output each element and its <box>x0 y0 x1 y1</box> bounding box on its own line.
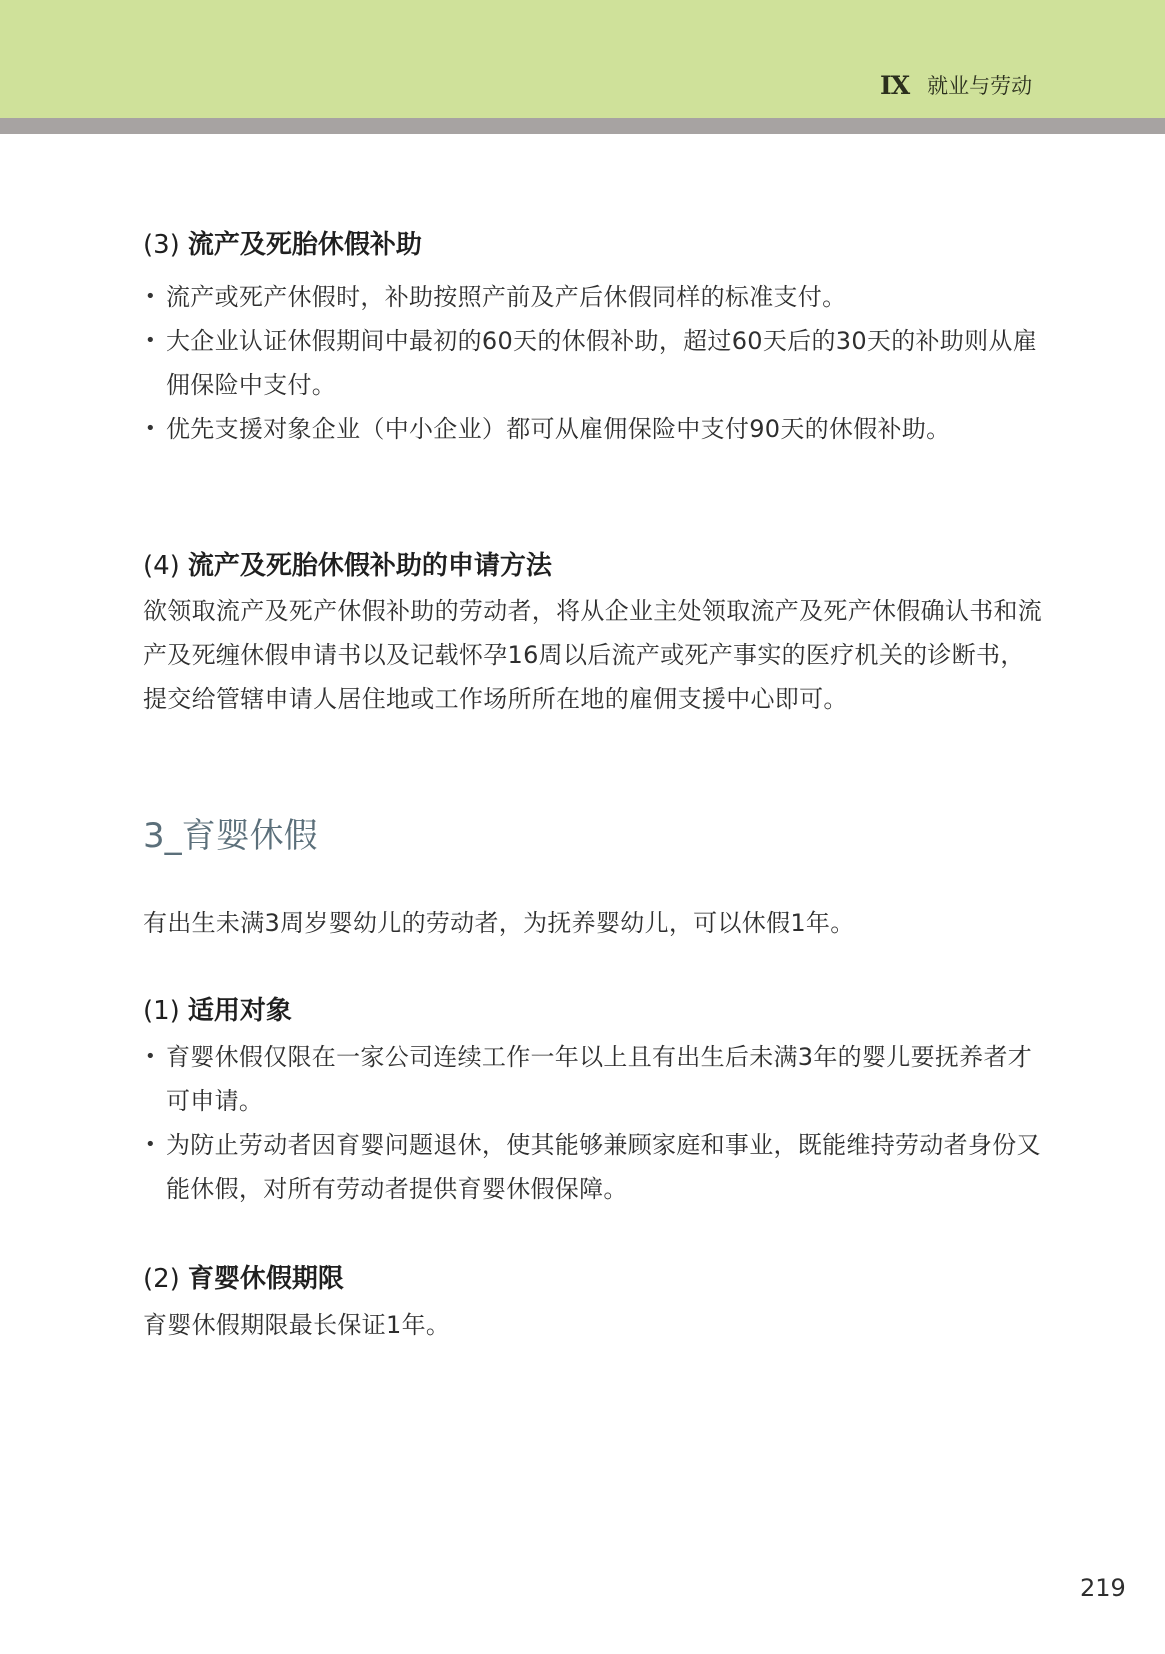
running-head: IX 就业与劳动 <box>880 70 1032 100</box>
section-title: 3_育婴休假 <box>143 816 1043 856</box>
paragraph-2: 育婴休假期限最长保证1年。 <box>143 1303 1043 1347</box>
list-item: •育婴休假仅限在一家公司连续工作一年以上且有出生后未满3年的婴儿要抚养者才可申请… <box>143 1035 1043 1123</box>
header-band <box>0 0 1165 118</box>
subheading-title: 流产及死胎休假补助的申请方法 <box>188 551 552 581</box>
subheading-title: 流产及死胎休假补助 <box>188 230 422 260</box>
list-item: •大企业认证休假期间中最初的60天的休假补助，超过60天后的30天的补助则从雇佣… <box>143 319 1043 407</box>
bullet-list-1: •育婴休假仅限在一家公司连续工作一年以上且有出生后未满3年的婴儿要抚养者才可申请… <box>143 1035 1043 1211</box>
bullet-icon: • <box>145 1035 156 1079</box>
subheading-number: (3) <box>143 230 180 260</box>
bullet-icon: • <box>145 1123 156 1167</box>
paragraph-4: 欲领取流产及死产休假补助的劳动者，将从企业主处领取流产及死产休假确认书和流产及死… <box>143 589 1043 721</box>
chapter-number: IX <box>880 71 909 100</box>
subheading-title: 育婴休假期限 <box>188 1264 344 1294</box>
subheading-2: (2)育婴休假期限 <box>143 1264 1043 1294</box>
subheading-number: (2) <box>143 1264 180 1294</box>
chapter-title: 就业与劳动 <box>927 70 1032 100</box>
list-item: •流产或死产休假时，补助按照产前及产后休假同样的标准支付。 <box>143 275 1043 319</box>
subheading-number: (1) <box>143 996 180 1026</box>
subheading-4: (4)流产及死胎休假补助的申请方法 <box>143 551 1043 581</box>
list-item: •为防止劳动者因育婴问题退休，使其能够兼顾家庭和事业，既能维持劳动者身份又能休假… <box>143 1123 1043 1211</box>
subheading-3: (3)流产及死胎休假补助 <box>143 230 1043 260</box>
bullet-icon: • <box>145 319 156 363</box>
bullet-list-3: •流产或死产休假时，补助按照产前及产后休假同样的标准支付。 •大企业认证休假期间… <box>143 275 1043 451</box>
intro-paragraph: 有出生未满3周岁婴幼儿的劳动者，为抚养婴幼儿，可以休假1年。 <box>143 901 1043 945</box>
page-number: 219 <box>1080 1574 1126 1602</box>
subheading-1: (1)适用对象 <box>143 996 1043 1026</box>
header-stripe <box>0 118 1165 134</box>
list-item: •优先支援对象企业（中小企业）都可从雇佣保险中支付90天的休假补助。 <box>143 407 1043 451</box>
subheading-number: (4) <box>143 551 180 581</box>
bullet-icon: • <box>145 275 156 319</box>
subheading-title: 适用对象 <box>188 996 292 1026</box>
bullet-icon: • <box>145 407 156 451</box>
